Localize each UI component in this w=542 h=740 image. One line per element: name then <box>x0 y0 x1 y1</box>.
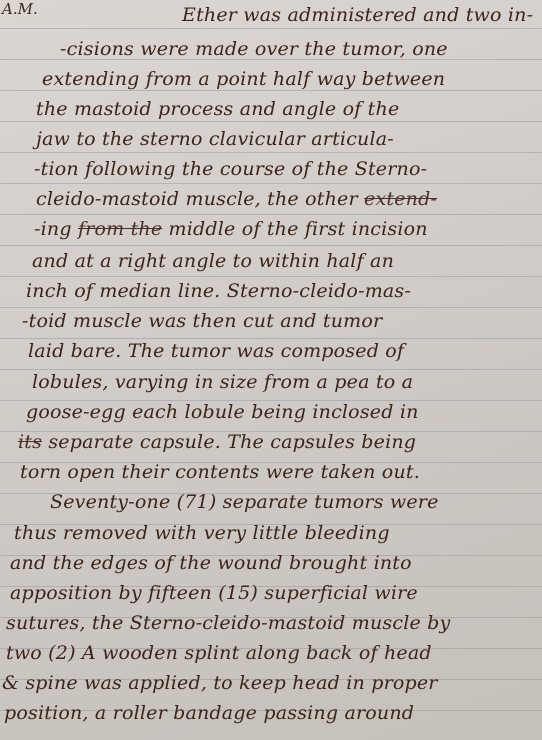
text-line-19: and the edges of the wound brought into <box>10 552 412 574</box>
text-line-12: laid bare. The tumor was composed of <box>28 340 404 362</box>
text-line-6: -tion following the course of the Sterno… <box>34 158 427 180</box>
struck-text: extend- <box>364 188 437 210</box>
margin-note: A.M. <box>2 0 38 18</box>
text-line-17: Seventy-one (71) separate tumors were <box>50 491 439 513</box>
text-line-3: extending from a point half way between <box>42 68 445 90</box>
text-line-22: two (2) A wooden splint along back of he… <box>6 642 432 664</box>
text-line-16: torn open their contents were taken out. <box>20 461 420 483</box>
text-line-18: thus removed with very little bleeding <box>14 522 390 544</box>
text-line-10: inch of median line. Sterno-cleido-mas- <box>26 280 411 302</box>
text-line-4: the mastoid process and angle of the <box>36 98 399 120</box>
text-line-14: goose-egg each lobule being inclosed in <box>26 401 419 423</box>
text-line-2: -cisions were made over the tumor, one <box>60 38 448 60</box>
text-line-8-end: middle of the first incision <box>169 218 428 240</box>
text-line-15: its separate capsule. The capsules being <box>18 431 416 453</box>
text-line-23: & spine was applied, to keep head in pro… <box>2 672 438 694</box>
manuscript-page: A.M. Ether was administered and two in- … <box>0 0 542 740</box>
struck-text: from the <box>78 218 162 240</box>
text-line-7: cleido-mastoid muscle, the other extend- <box>36 188 437 210</box>
text-line-7-main: cleido-mastoid muscle, the other <box>36 188 358 210</box>
text-line-11: -toid muscle was then cut and tumor <box>22 310 382 332</box>
text-line-20: apposition by fifteen (15) superficial w… <box>10 582 418 604</box>
text-line-13: lobules, varying in size from a pea to a <box>32 371 413 393</box>
text-line-8-start: -ing <box>34 218 72 240</box>
text-line-5: jaw to the sterno clavicular articula- <box>36 128 394 150</box>
text-line-8: -ing from the middle of the first incisi… <box>34 218 428 240</box>
struck-text: its <box>18 431 42 453</box>
text-line-15-main: separate capsule. The capsules being <box>48 431 416 453</box>
text-line-24: position, a roller bandage passing aroun… <box>4 702 414 724</box>
text-line-9: and at a right angle to within half an <box>32 250 394 272</box>
text-line-21: sutures, the Sterno-cleido-mastoid muscl… <box>6 612 450 634</box>
text-line-1: Ether was administered and two in- <box>182 4 533 26</box>
